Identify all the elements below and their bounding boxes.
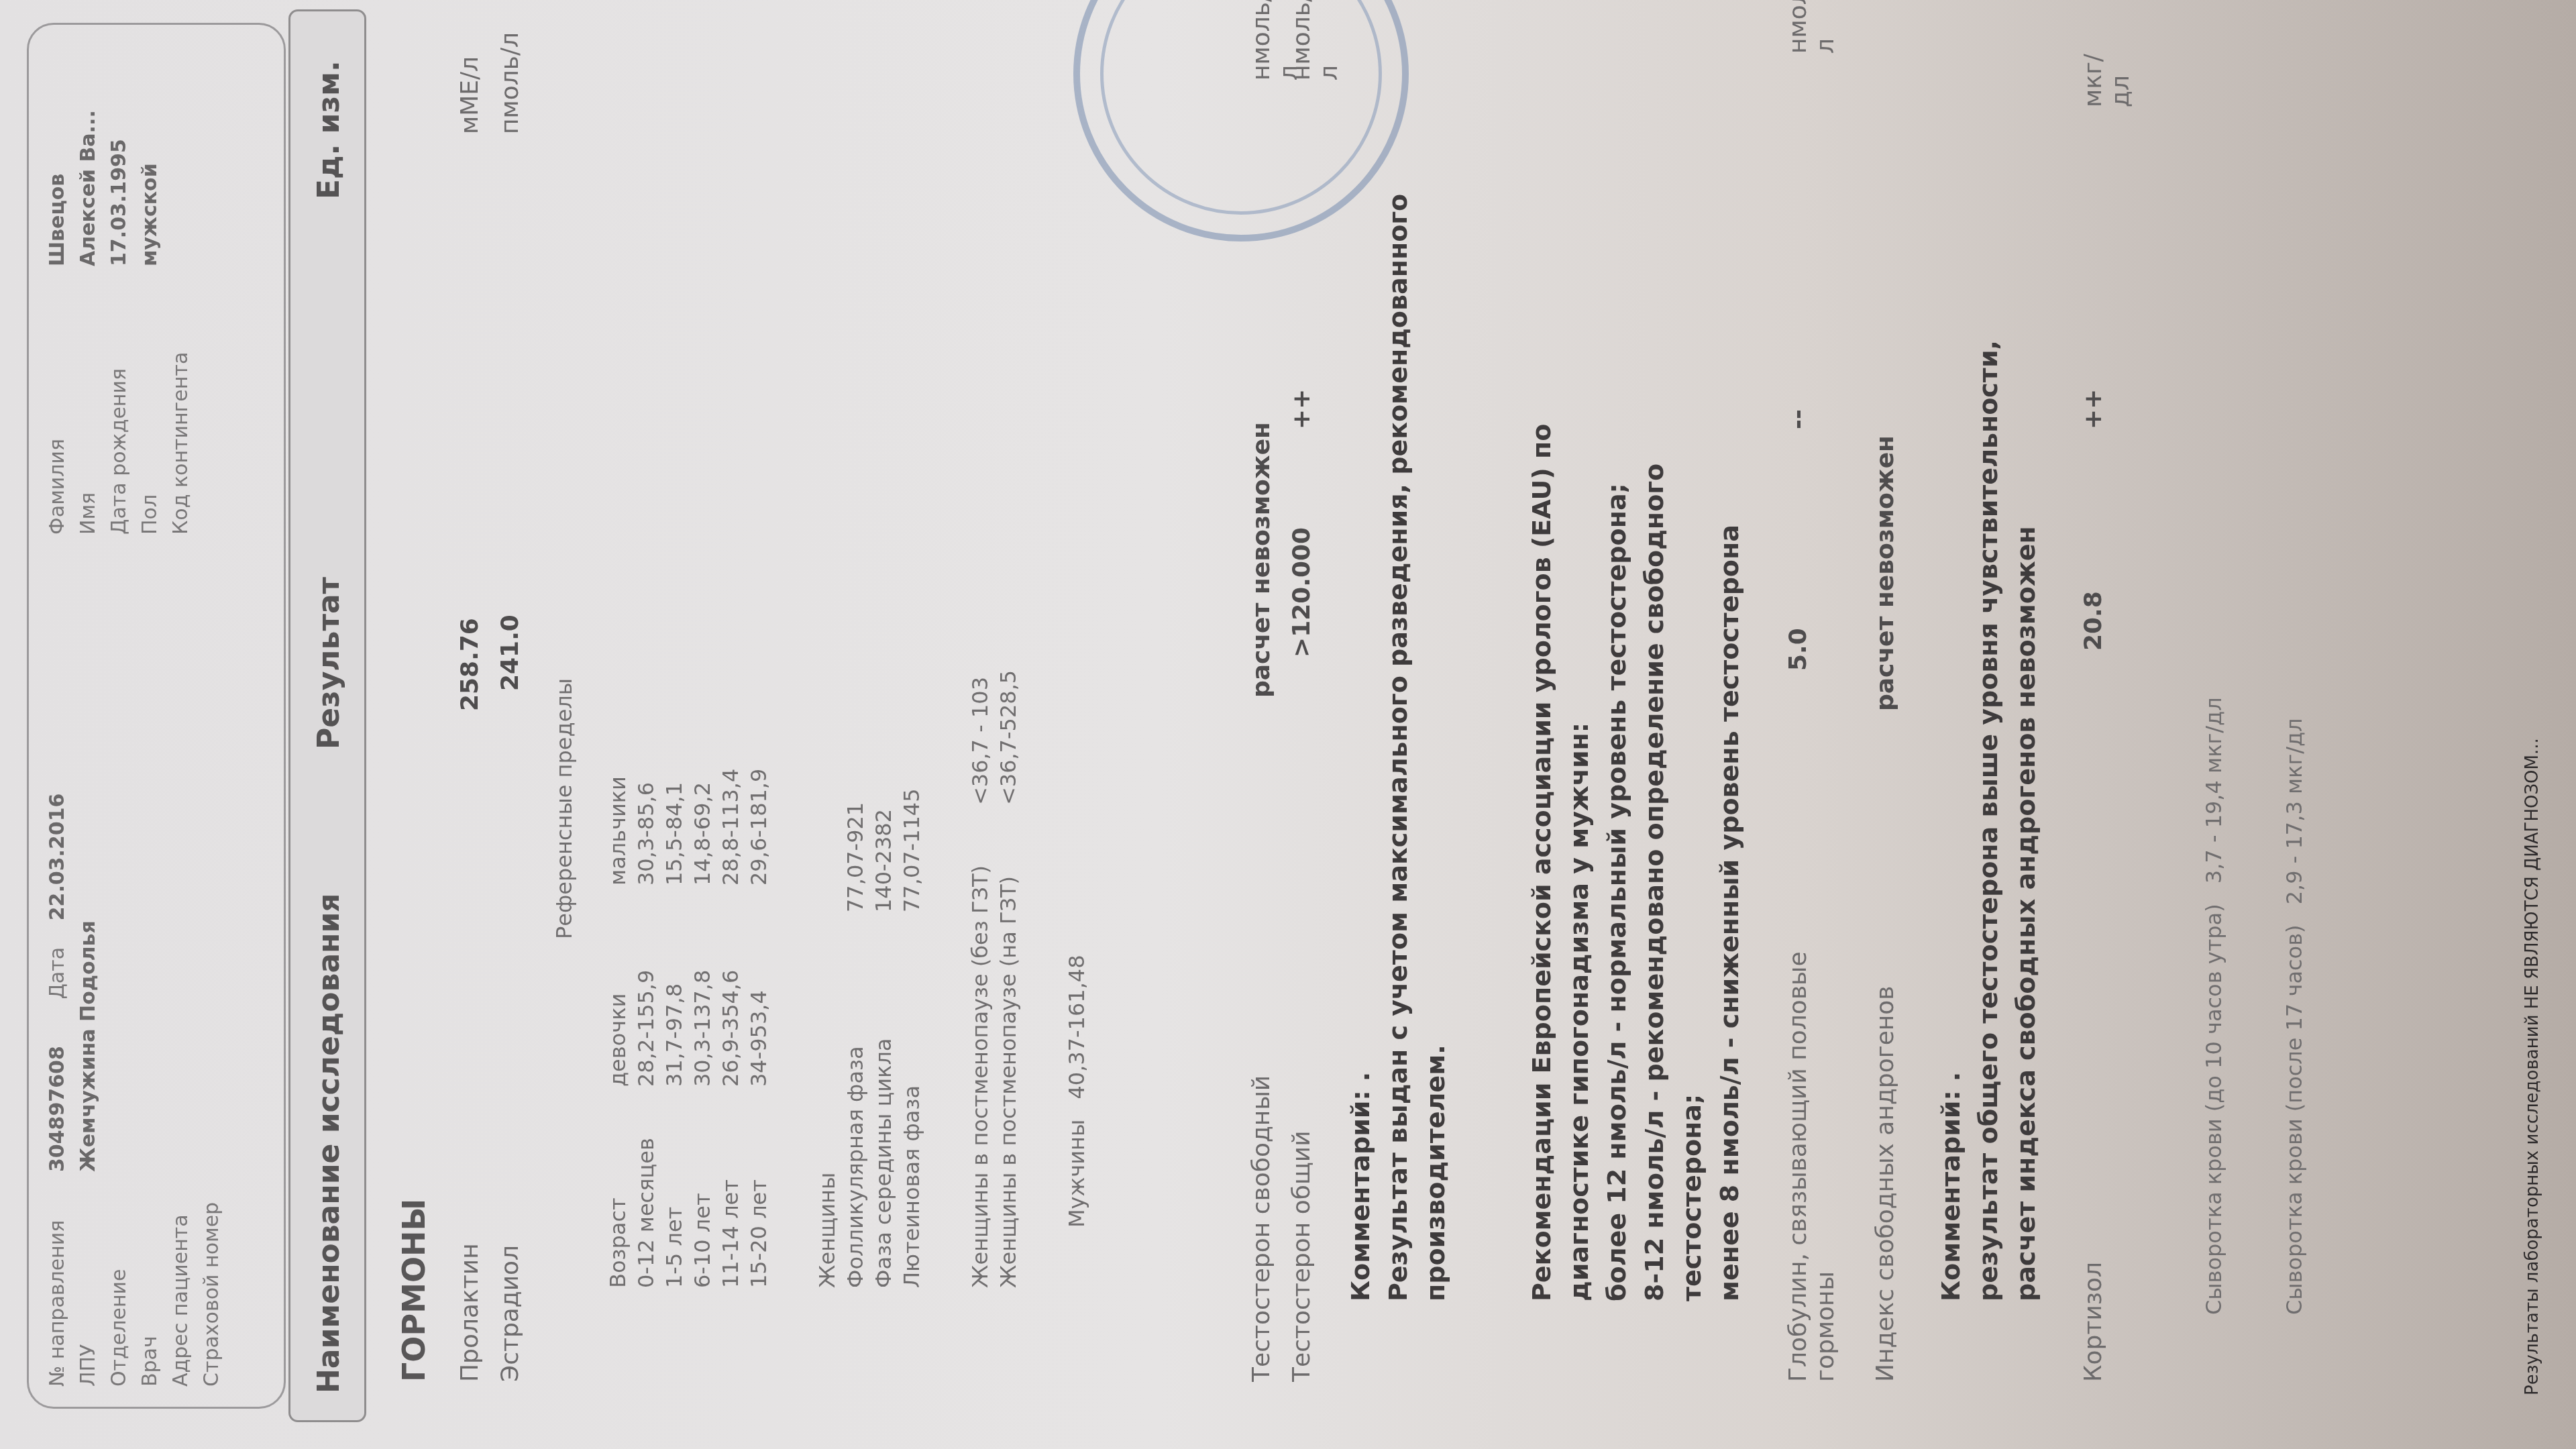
abnormal-flag: ++ [1288,389,1316,429]
test-result: 5.0 [1784,628,1812,671]
women-title: Женщины [813,604,841,1288]
reference-cell: Лютеиновая фаза [898,912,926,1288]
test-name: Глобулин, связывающий половые гормоны [1784,912,1839,1382]
reference-table: Возрастдевочкимальчики0-12 месяцев28,2-1… [604,604,1091,1288]
patient-name: Алексей Ва... [76,110,100,266]
comment-title: Комментарий: . [1932,27,1970,1301]
reference-cell: 6-10 лет [688,1087,716,1288]
patient-birthdate: 17.03.1995 [107,139,131,266]
reference-cell: 34-953,4 [745,885,773,1087]
reference-cell: мальчики [604,684,632,885]
reference-cell: <36,7-528,5 [994,604,1022,805]
section-title: ГОРМОНЫ [396,1199,432,1382]
eau-line: диагностике гипогонадизма у мужчин: [1560,27,1598,1301]
reference-cell: 15-20 лет [745,1087,773,1288]
eau-line: менее 8 нмоль/л - сниженный уровень тест… [1711,27,1748,1301]
test-result: >120.000 [1288,527,1316,657]
label-department: Отделение [104,1202,135,1387]
ref-range: 3,7 - 19,4 мкг/дл [2201,697,2226,883]
reference-cell: 30,3-137,8 [688,885,716,1087]
header-left-labels: № направления ЛПУ Отделение Врач Адрес п… [42,1202,227,1387]
table-row: Пролактин 258.76 мМЕ/л [456,27,490,1382]
lab-report-sheet: № направления ЛПУ Отделение Врач Адрес п… [0,0,2576,1449]
comment-androgen-index: Комментарий: . результат общего тестосте… [1932,27,2045,1301]
postmenopause-grid: Женщины в постменопаузе (без ГЗТ)<36,7 -… [966,604,1022,1288]
eau-line: Рекомендации Европейской ассоциации урол… [1523,27,1560,1301]
test-result: расчет невозможен [1872,435,1899,711]
eau-line: 8-12 нмоль/л - рекомендовано определение… [1635,27,1673,1301]
header-left-values: 304897608 Дата 22.03.2016 Жемчужина Подо… [42,794,104,1172]
reference-cell: Женщины в постменопаузе (на ГЗТ) [994,805,1022,1288]
footer-disclaimer: Результаты лабораторных исследований НЕ … [2522,54,2542,1395]
comment-line: производителем. [1417,27,1454,1301]
reference-cell: 77,07-1145 [898,711,926,912]
test-result: 20.8 [2080,591,2107,651]
test-result: расчет невозможен [1248,422,1275,698]
reference-cell: Женщины в постменопаузе (без ГЗТ) [966,805,994,1288]
reference-cell: Фолликулярная фаза [841,912,869,1288]
label-sex: Пол [135,352,166,535]
column-name: Наименование исследования [312,893,346,1393]
reference-cell: Фаза середины цикла [869,912,898,1288]
eau-recommendations: Рекомендации Европейской ассоциации урол… [1523,27,1748,1301]
women-grid: Фолликулярная фаза77,07-921Фаза середины… [841,604,926,1288]
label-address: Адрес пациента [166,1202,197,1387]
ref-range: 2,9 - 17,3 мкг/дл [2282,718,2307,904]
test-unit: пмоль/л [496,32,524,134]
patient-surname: Швецов [46,174,69,266]
reference-cell: 14,8-69,2 [688,684,716,885]
reference-cell: Возраст [604,1087,632,1288]
reference-cell: <36,7 - 103 [966,604,994,805]
test-unit: нмоль/л [1784,0,1839,54]
reference-cell: 15,5-84,1 [660,684,688,885]
column-unit: Ед. изм. [312,60,346,199]
reference-grid: Возрастдевочкимальчики0-12 месяцев28,2-1… [604,604,773,1288]
reference-cell: 11-14 лет [716,1087,745,1288]
report-date: 22.03.2016 [46,794,69,921]
reference-cell: 0-12 месяцев [632,1087,660,1288]
header-right-labels: Фамилия Имя Дата рождения Пол Код контин… [42,352,197,535]
label-referral: № направления [42,1202,73,1387]
reference-title: Референсные пределы [550,678,578,939]
test-name: Пролактин [456,1243,484,1382]
reference-cell: девочки [604,885,632,1087]
abnormal-flag: ++ [2080,389,2107,429]
label-doctor: Врач [135,1202,166,1387]
comment-line: Результат выдан с учетом максимального р… [1379,27,1417,1301]
men-range: 40,37-161,48 [1064,955,1089,1099]
table-row: Эстрадиол 241.0 пмоль/л [496,27,530,1382]
reference-cell: 28,2-155,9 [632,885,660,1087]
label-clinic: ЛПУ [73,1202,104,1387]
test-name: Индекс свободных андрогенов [1872,985,1899,1382]
reference-cell: 29,6-181,9 [745,684,773,885]
abnormal-flag: -- [1784,409,1812,429]
column-result: Результат [312,577,346,749]
referral-number: 304897608 [46,1046,69,1172]
patient-header: № направления ЛПУ Отделение Врач Адрес п… [27,23,286,1409]
reference-cell: 30,3-85,6 [632,684,660,885]
reference-cell: 26,9-354,6 [716,885,745,1087]
test-result: 241.0 [496,614,524,691]
test-name: Кортизол [2080,1262,2107,1382]
table-row: Глобулин, связывающий половые гормоны 5.… [1784,27,1845,1382]
reference-cell: 140-2382 [869,711,898,912]
reference-cell: 77,07-921 [841,711,869,912]
label-date: Дата [46,947,69,1000]
reference-cell: 31,7-97,8 [660,885,688,1087]
reference-cell: 1-5 лет [660,1087,688,1288]
patient-sex: мужской [138,163,162,266]
comment-title: Комментарий: . [1342,27,1379,1301]
label-surname: Фамилия [42,352,73,535]
men-label: Мужчины [1064,1120,1089,1228]
test-name: Тестостерон свободный [1248,1075,1275,1382]
test-result: 258.76 [456,618,484,711]
comment-line: результат общего тестостерона выше уровн… [1970,27,2007,1301]
test-name: Эстрадиол [496,1245,524,1382]
comment-dilution: Комментарий: . Результат выдан с учетом … [1342,27,1454,1301]
ref-label: Сыворотка крови (до 10 часов утра) [2201,904,2226,1315]
table-header: Наименование исследования Результат Ед. … [288,9,366,1422]
cortisol-reference: Сыворотка крови (до 10 часов утра) 3,7 -… [2173,697,2334,1315]
ref-label: Сыворотка крови (после 17 часов) [2282,924,2307,1315]
eau-line: более 12 нмоль/л - нормальный уровень те… [1598,27,1635,1301]
reference-cell: 28,8-113,4 [716,684,745,885]
clinic-name: Жемчужина Подолья [76,920,100,1172]
label-contingent: Код контингента [166,352,197,535]
test-unit: мМЕ/л [456,56,484,134]
test-unit: мкг/дл [2080,27,2135,107]
label-name: Имя [73,352,104,535]
eau-line: тестостерона; [1673,27,1711,1301]
label-birthdate: Дата рождения [104,352,135,535]
test-name: Тестостерон общий [1288,1130,1316,1382]
header-right-values: Швецов Алексей Ва... 17.03.1995 мужской [42,110,166,266]
label-insurance: Страховой номер [197,1202,227,1387]
table-row: Индекс свободных андрогенов расчет невоз… [1872,27,1905,1382]
table-row: Кортизол 20.8 ++ мкг/дл [2080,27,2113,1382]
comment-line: расчет индекса свободных андрогенов нево… [2007,27,2045,1301]
